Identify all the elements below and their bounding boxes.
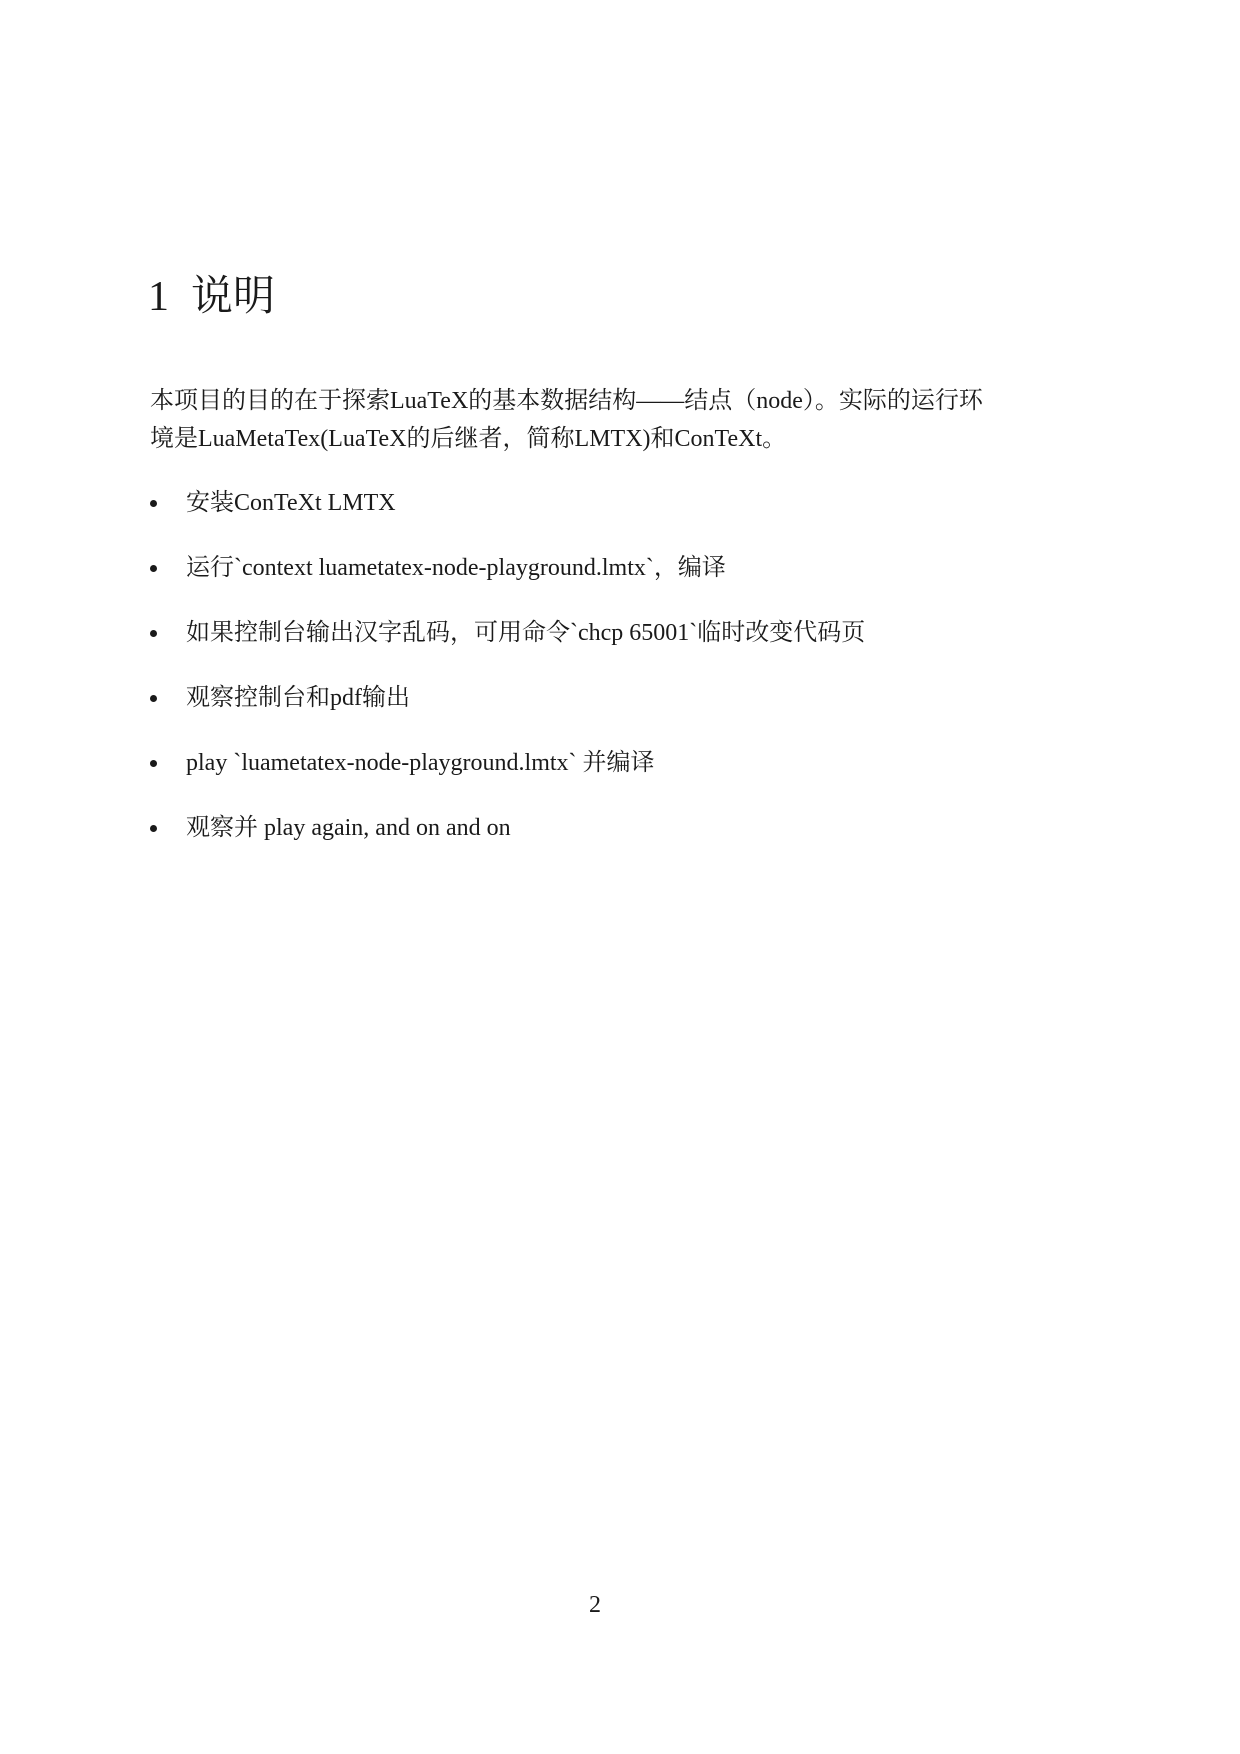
list-item-text: 运行`context luametatex-node-playground.lm… — [186, 551, 726, 585]
section-heading: 1说明 — [148, 272, 275, 322]
bullet-icon — [150, 486, 186, 520]
list-item-text: 安装ConTeXt LMTX — [186, 486, 396, 520]
intro-paragraph: 本项目的目的在于探索LuaTeX的基本数据结构——结点（node）。实际的运行环… — [150, 382, 1050, 458]
list-item: 安装ConTeXt LMTX — [150, 486, 865, 551]
list-item-text: 观察控制台和pdf输出 — [186, 681, 410, 715]
list-item-text: play `luametatex-node-playground.lmtx` 并… — [186, 746, 655, 780]
document-page: 1说明 本项目的目的在于探索LuaTeX的基本数据结构——结点（node）。实际… — [0, 0, 1240, 1754]
bullet-icon — [150, 681, 186, 715]
bullet-icon — [150, 616, 186, 650]
list-item: 运行`context luametatex-node-playground.lm… — [150, 551, 865, 616]
steps-list: 安装ConTeXt LMTX 运行`context luametatex-nod… — [150, 486, 865, 876]
section-number: 1 — [148, 274, 169, 320]
page-number: 2 — [0, 1590, 1190, 1620]
section-title: 说明 — [191, 274, 275, 320]
bullet-icon — [150, 811, 186, 845]
list-item: 如果控制台输出汉字乱码，可用命令`chcp 65001`临时改变代码页 — [150, 616, 865, 681]
bullet-icon — [150, 746, 186, 780]
list-item: 观察并 play again, and on and on — [150, 811, 865, 876]
bullet-icon — [150, 551, 186, 585]
list-item-text: 观察并 play again, and on and on — [186, 811, 511, 845]
list-item: 观察控制台和pdf输出 — [150, 681, 865, 746]
list-item: play `luametatex-node-playground.lmtx` 并… — [150, 746, 865, 811]
intro-line: 本项目的目的在于探索LuaTeX的基本数据结构——结点（node）。实际的运行环 — [150, 382, 1050, 420]
intro-line: 境是LuaMetaTex(LuaTeX的后继者，简称LMTX)和ConTeXt。 — [150, 420, 1050, 458]
list-item-text: 如果控制台输出汉字乱码，可用命令`chcp 65001`临时改变代码页 — [186, 616, 865, 650]
